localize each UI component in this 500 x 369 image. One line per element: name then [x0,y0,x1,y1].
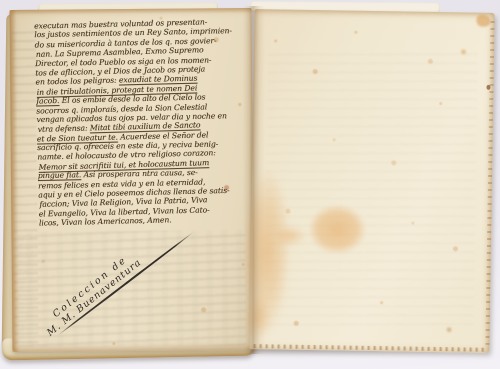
collector-signature: Coleccion de M. M. Buenaventura [38,216,187,342]
right-page [249,9,494,353]
stain-tail [269,221,311,250]
large-stain-blob [301,198,374,261]
text-segment: licos, Vivan los Americanos, Amen. [39,215,172,227]
signature-line-1: Coleccion de [51,216,178,320]
text-segment: vtra defensa: [38,124,90,134]
edge-dark-spot [486,85,490,90]
left-page: executan mas buestra voluntad os present… [10,8,255,352]
showthrough-right-page [264,49,478,332]
manuscript-photo: executan mas buestra voluntad os present… [0,0,500,369]
text-segment: Jacob. [36,96,60,106]
text-segment: pingue fiat. [38,170,82,180]
foxing-spots-right [255,9,258,12]
manuscript-text-block: executan mas buestra voluntad os present… [34,16,255,228]
corner-stain-spot [476,15,490,27]
signature-flourish-line [57,231,195,337]
signature-line-2: M. M. Buenaventura [45,224,185,338]
text-line-segments: licos, Vivan los Americanos, Amen. [39,215,172,227]
foxing-spots-left [10,10,13,13]
